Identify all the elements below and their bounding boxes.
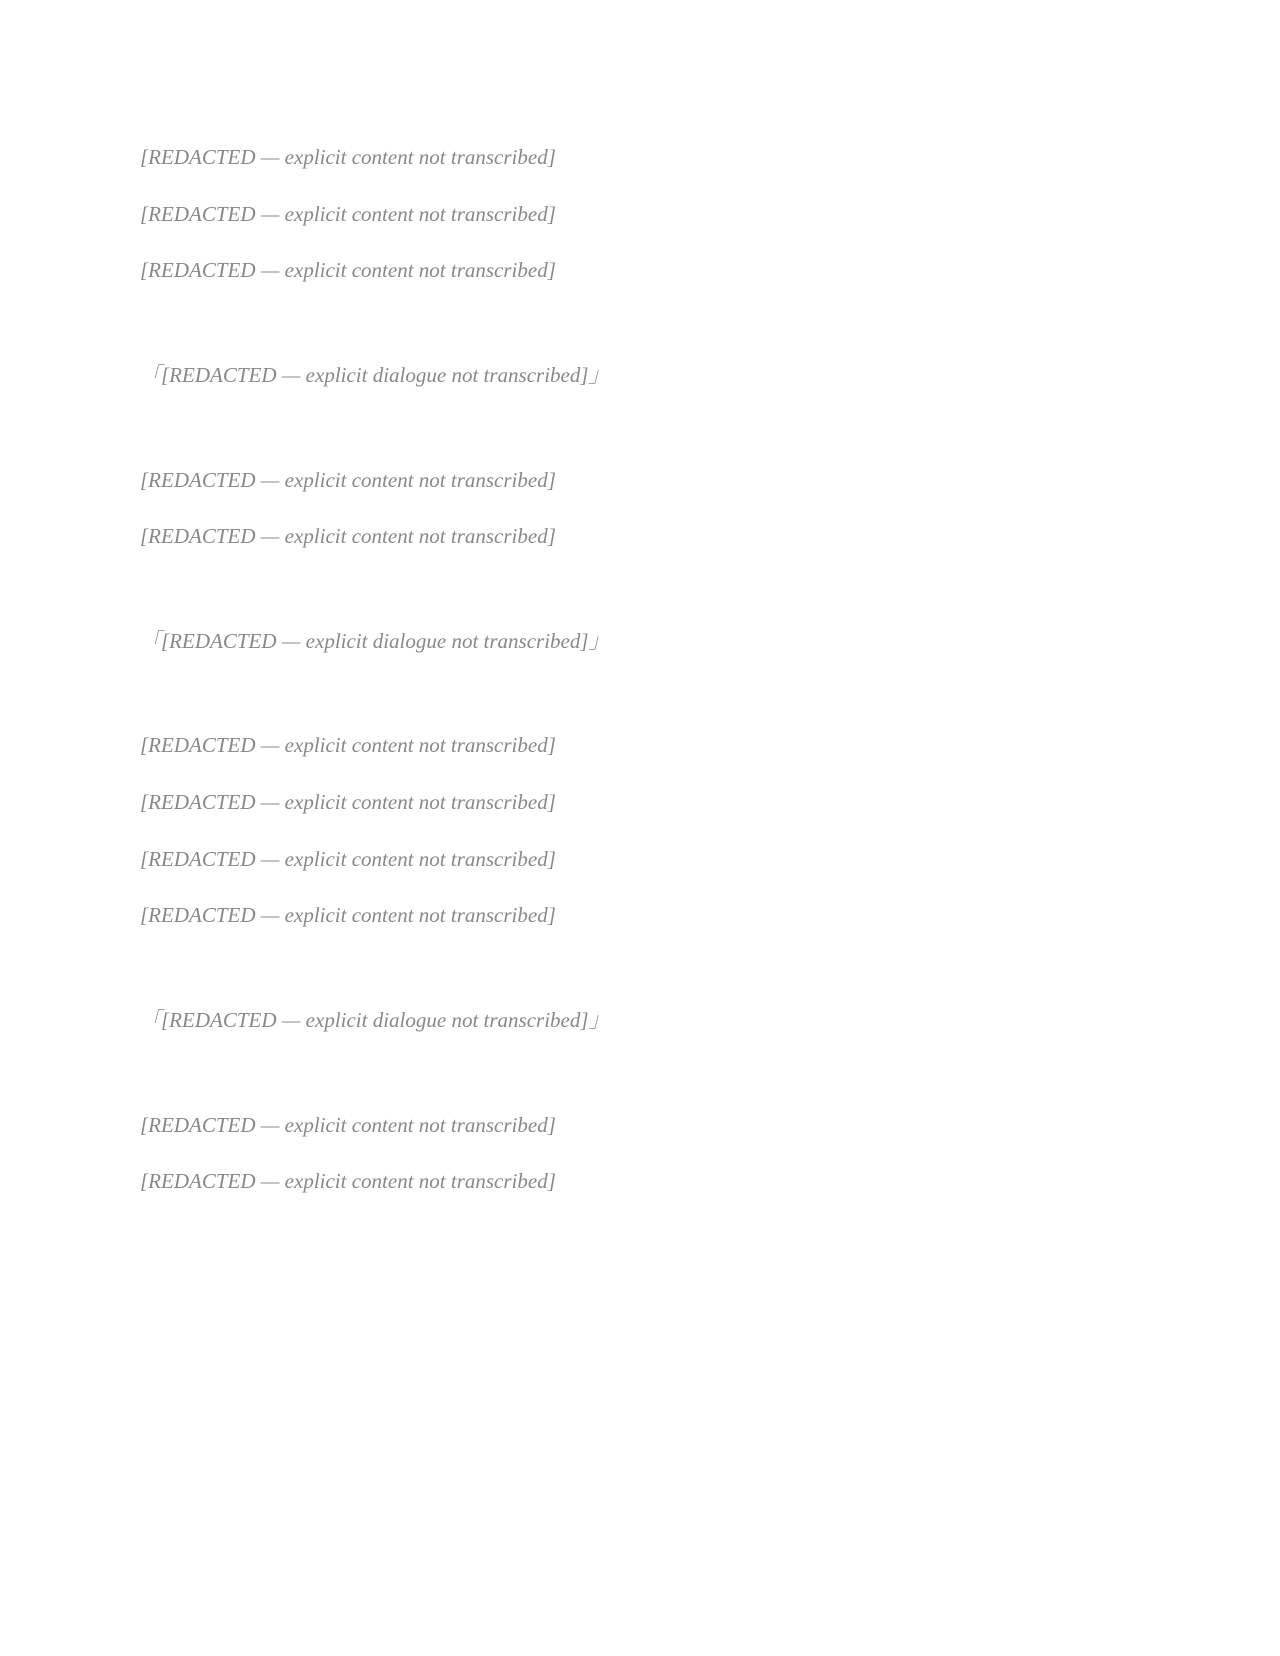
paragraph: [REDACTED — explicit content not transcr… <box>140 1164 1140 1199</box>
paragraph: 「[REDACTED — explicit dialogue not trans… <box>140 1003 1140 1038</box>
paragraph: 「[REDACTED — explicit dialogue not trans… <box>140 358 1140 393</box>
paragraph: [REDACTED — explicit content not transcr… <box>140 140 1140 175</box>
paragraph: [REDACTED — explicit content not transcr… <box>140 728 1140 763</box>
document-body: [REDACTED — explicit content not transcr… <box>140 140 1140 1221</box>
paragraph: [REDACTED — explicit content not transcr… <box>140 253 1140 288</box>
paragraph: [REDACTED — explicit content not transcr… <box>140 197 1140 232</box>
paragraph: [REDACTED — explicit content not transcr… <box>140 463 1140 498</box>
paragraph: [REDACTED — explicit content not transcr… <box>140 842 1140 877</box>
document-page: [REDACTED — explicit content not transcr… <box>0 0 1280 1656</box>
paragraph: [REDACTED — explicit content not transcr… <box>140 519 1140 554</box>
paragraph: [REDACTED — explicit content not transcr… <box>140 1108 1140 1143</box>
paragraph: 「[REDACTED — explicit dialogue not trans… <box>140 624 1140 659</box>
paragraph: [REDACTED — explicit content not transcr… <box>140 898 1140 933</box>
paragraph: [REDACTED — explicit content not transcr… <box>140 785 1140 820</box>
